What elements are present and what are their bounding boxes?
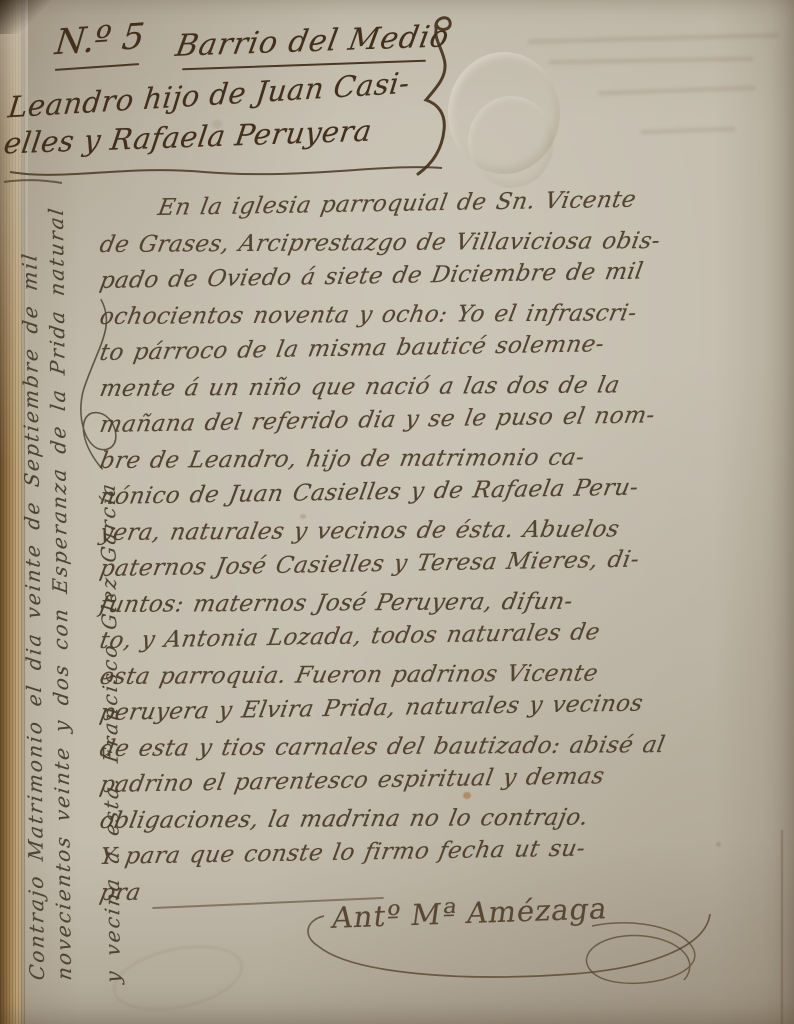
record-body-text: En la iglesia parroquial de Sn. Vicente … <box>100 191 792 911</box>
ink-bleedthrough <box>598 85 756 96</box>
curly-brace <box>408 12 470 184</box>
ink-bleedthrough <box>640 126 736 134</box>
ink-bleedthrough <box>528 33 780 45</box>
ink-bleedthrough-oval <box>107 935 249 1021</box>
embossed-seal-inner <box>468 96 554 188</box>
baptism-record-page: N.º 5 Barrio del Medio Leandro hijo de J… <box>0 0 794 1024</box>
body-line: En la iglesia parroquial de Sn. Vicente <box>97 179 794 227</box>
marriage-margin-note: Contrajo Matrimonio el dia veinte de Sep… <box>24 180 110 980</box>
signature-rubric <box>290 886 726 1002</box>
entry-number: N.º 5 <box>53 17 146 64</box>
ink-bleedthrough <box>548 56 754 65</box>
entry-number-underline <box>55 63 139 71</box>
margin-signature-rubric <box>71 287 129 479</box>
dark-corner <box>0 0 52 34</box>
